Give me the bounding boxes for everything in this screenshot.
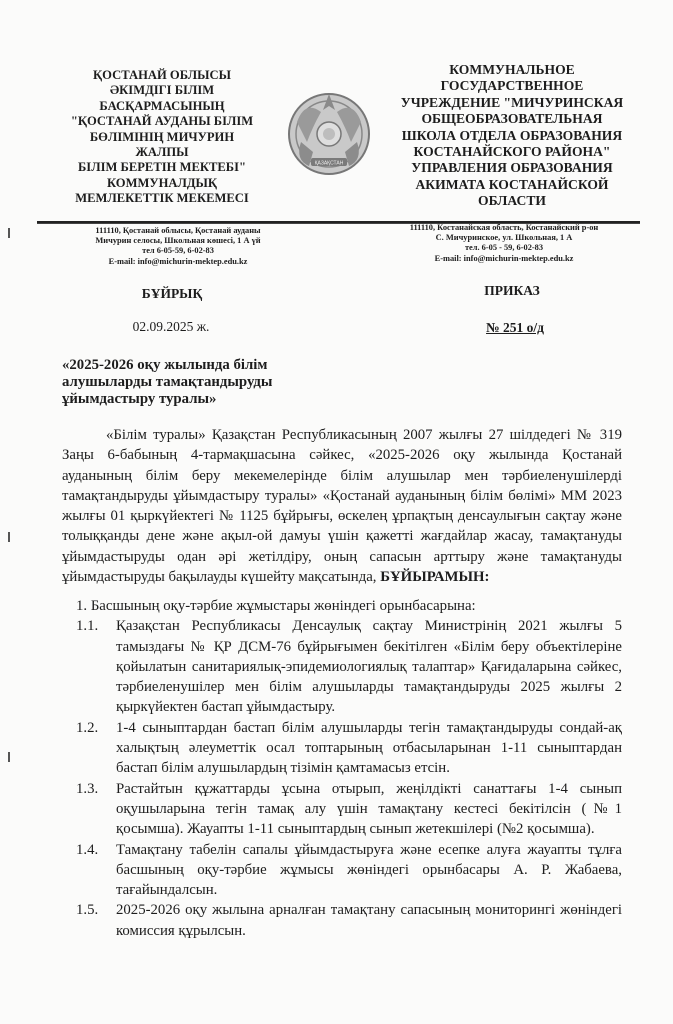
subitem-text: 2025-2026 оқу жылына арналған тамақтану … [116,900,622,941]
order-directive-word: БҰЙЫРАМЫН: [380,569,489,585]
address-russian: 111110, Костанайская область, Костанайск… [386,223,622,264]
order-subitem: 1.4. Тамақтану табелін сапалы ұйымдастыр… [62,840,622,901]
header-line: ҚОСТАНАЙ ОБЛЫСЫ [62,68,262,83]
subitem-number: 1.1. [62,616,116,717]
subitem-number: 1.3. [62,779,116,840]
scan-artifact [8,752,10,762]
title-line: алушыларды тамақтандыруды [62,374,312,391]
order-date: 02.09.2025 ж. [110,319,232,335]
header-line: ШКОЛА ОТДЕЛА ОБРАЗОВАНИЯ [382,128,642,144]
header-line: КОММУНАЛЬНОЕ [382,62,642,78]
header-russian-institution: КОММУНАЛЬНОЕ ГОСУДАРСТВЕННОЕ УЧРЕЖДЕНИЕ … [382,62,642,210]
subitem-text: Тамақтану табелін сапалы ұйымдастыруға ж… [116,840,622,901]
order-preamble: «Білім туралы» Қазақстан Республикасының… [62,425,622,587]
header-line: ГОСУДАРСТВЕННОЕ [382,78,642,94]
subitem-number: 1.4. [62,840,116,901]
subitem-number: 1.2. [62,718,116,779]
header-kazakh-institution: ҚОСТАНАЙ ОБЛЫСЫ ӘКІМДІГІ БІЛІМ БАСҚАРМАС… [62,68,262,207]
header-line: МЕМЛЕКЕТТІК МЕКЕМЕСІ [62,191,262,206]
order-subitem: 1.5. 2025-2026 оқу жылына арналған тамақ… [62,900,622,941]
order-subitem: 1.1. Қазақстан Республикасы Денсаулық са… [62,616,622,717]
header-line: АКИМАТА КОСТАНАЙСКОЙ [382,177,642,193]
svg-text:ҚАЗАҚСТАН: ҚАЗАҚСТАН [315,161,344,167]
order-title: «2025-2026 оқу жылында білім алушыларды … [62,357,312,407]
order-label-kazakh: БҰЙРЫҚ [120,286,224,302]
scan-artifact [8,228,10,238]
address-line: 111110, Костанайская область, Костанайск… [386,223,622,233]
header-line: ОБЛАСТИ [382,193,642,209]
item-text: Басшының оқу-тәрбие жұмыстары жөніндегі … [91,598,476,614]
address-line: тел 6-05-59, 6-02-83 [60,246,296,256]
header-line: КОСТАНАЙСКОГО РАЙОНА" [382,144,642,160]
address-line: Мичурин селосы, Школьная көшесі, 1 А үй [60,236,296,246]
subitem-text: Растайтын құжаттарды ұсына отырып, жеңіл… [116,779,622,840]
header-line: КОММУНАЛДЫҚ [62,176,262,191]
order-number: № 251 о/д [470,320,560,336]
title-line: «2025-2026 оқу жылында білім [62,357,312,374]
order-label-russian: ПРИКАЗ [470,283,554,299]
header-line: БӨЛІМІНІҢ МИЧУРИН ЖАЛПЫ [62,130,262,161]
order-items: 1. Басшының оқу-тәрбие жұмыстары жөнінде… [62,596,622,941]
header-line: ӘКІМДІГІ БІЛІМ [62,83,262,98]
order-subitem: 1.3. Растайтын құжаттарды ұсына отырып, … [62,779,622,840]
header-line: "ҚОСТАНАЙ АУДАНЫ БІЛІМ [62,114,262,129]
header-line: УПРАВЛЕНИЯ ОБРАЗОВАНИЯ [382,160,642,176]
address-email: E-mail: info@michurin-mektep.edu.kz [60,257,296,267]
header-line: БІЛІМ БЕРЕТІН МЕКТЕБІ" [62,160,262,175]
title-line: ұйымдастыру туралы» [62,391,312,408]
address-line: тел. 6-05 - 59, 6-02-83 [386,243,622,253]
item-number: 1. [76,598,87,614]
order-item: 1. Басшының оқу-тәрбие жұмыстары жөнінде… [62,596,622,616]
state-emblem-icon: ҚАЗАҚСТАН [283,82,375,182]
subitem-text: Қазақстан Республикасы Денсаулық сақтау … [116,616,622,717]
address-line: 111110, Қостанай облысы, Қостанай ауданы [60,226,296,236]
subitem-number: 1.5. [62,900,116,941]
order-document-page: ҚОСТАНАЙ ОБЛЫСЫ ӘКІМДІГІ БІЛІМ БАСҚАРМАС… [0,0,673,1024]
address-email: E-mail: info@michurin-mektep.edu.kz [386,254,622,264]
header-line: БАСҚАРМАСЫНЫҢ [62,99,262,114]
order-subitem: 1.2. 1-4 сыныптардан бастап білім алушыл… [62,718,622,779]
header-line: ОБЩЕОБРАЗОВАТЕЛЬНАЯ [382,111,642,127]
header-line: УЧРЕЖДЕНИЕ "МИЧУРИНСКАЯ [382,95,642,111]
address-line: С. Мичуринское, ул. Школьная, 1 А [386,233,622,243]
subitem-text: 1-4 сыныптардан бастап білім алушыларды … [116,718,622,779]
preamble-text: «Білім туралы» Қазақстан Республикасының… [62,427,622,585]
scan-artifact [8,532,10,542]
address-kazakh: 111110, Қостанай облысы, Қостанай ауданы… [60,226,296,267]
